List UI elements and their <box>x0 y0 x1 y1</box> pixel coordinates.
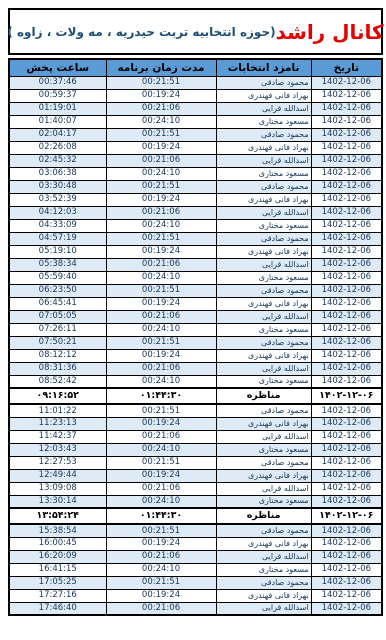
date-cell: 1402-12-06 <box>311 349 382 362</box>
broadcast-time-cell: 06:23:50 <box>9 284 106 297</box>
table-row: 1402-12-06مسعود مختاری00:24:1007:26:11 <box>9 323 382 336</box>
duration-cell: 00:24:10 <box>106 323 216 336</box>
date-cell: 1402-12-06 <box>311 430 382 443</box>
candidate-cell: بهزاد فانی فهندری <box>216 141 311 154</box>
date-cell: 1402-12-06 <box>311 589 382 602</box>
broadcast-time-cell: 04:33:09 <box>9 219 106 232</box>
date-cell: 1402-12-06 <box>311 602 382 615</box>
candidate-cell: بهزاد فانی فهندری <box>216 537 311 550</box>
table-header-row: تاریخ نامزد انتخابات مدت زمان برنامه ساع… <box>9 59 382 76</box>
channel-name: کانال راشد <box>276 20 384 44</box>
broadcast-time-cell: 00:59:37 <box>9 89 106 102</box>
candidate-cell: بهزاد فانی فهندری <box>216 417 311 430</box>
candidate-cell: محمود صادقی <box>216 284 311 297</box>
candidate-cell: مسعود مختاری <box>216 167 311 180</box>
broadcast-time-cell: 15:38:54 <box>9 524 106 537</box>
date-cell: 1402-12-06 <box>311 297 382 310</box>
column-header-candidate: نامزد انتخابات <box>216 59 311 76</box>
page: کانال راشد(حوزه انتخابیه تربت حیدریه ، م… <box>0 0 386 640</box>
date-cell: 1402-12-06 <box>311 323 382 336</box>
broadcast-time-cell: 08:12:12 <box>9 349 106 362</box>
broadcast-time-cell: 12:03:43 <box>9 443 106 456</box>
broadcast-time-cell: 11:01:22 <box>9 404 106 417</box>
date-cell: 1402-12-06 <box>311 245 382 258</box>
table-row: 1402-12-06بهزاد فانی فهندری00:19:2416:00… <box>9 537 382 550</box>
candidate-cell: اسدالله قرایی <box>216 154 311 167</box>
table-row: 1402-12-06محمود صادقی00:21:5106:23:50 <box>9 284 382 297</box>
broadcast-time-cell: 03:52:39 <box>9 193 106 206</box>
candidate-cell: مسعود مختاری <box>216 375 311 388</box>
date-cell: 1402-12-06 <box>311 310 382 323</box>
constituency-subtitle: (حوزه انتخابیه تربت حیدریه ، مه ولات ، ز… <box>7 25 275 39</box>
candidate-cell: مسعود مختاری <box>216 219 311 232</box>
duration-cell: 00:19:24 <box>106 537 216 550</box>
duration-cell: 00:21:06 <box>106 102 216 115</box>
candidate-cell: اسدالله قرایی <box>216 206 311 219</box>
broadcast-time-cell: 12:49:44 <box>9 469 106 482</box>
broadcast-time-cell: 06:45:41 <box>9 297 106 310</box>
candidate-cell: محمود صادقی <box>216 336 311 349</box>
channel-title-box: کانال راشد(حوزه انتخابیه تربت حیدریه ، م… <box>8 8 383 55</box>
broadcast-time-cell: 16:00:45 <box>9 537 106 550</box>
table-row: 1402-12-06اسدالله قرایی00:21:0601:19:01 <box>9 102 382 115</box>
duration-cell: 00:21:06 <box>106 362 216 375</box>
date-cell: 1402-12-06 <box>311 102 382 115</box>
duration-cell: 00:19:24 <box>106 349 216 362</box>
date-cell: 1402-12-06 <box>311 193 382 206</box>
candidate-cell: اسدالله قرایی <box>216 362 311 375</box>
duration-cell: 00:24:10 <box>106 167 216 180</box>
date-cell: 1402-12-06 <box>311 76 382 89</box>
broadcast-time-cell: 07:50:21 <box>9 336 106 349</box>
table-row: 1402-12-06بهزاد فانی فهندری00:19:2411:23… <box>9 417 382 430</box>
table-row: 1402-12-06محمود صادقی00:21:5111:01:22 <box>9 404 382 417</box>
broadcast-time-cell: 07:05:05 <box>9 310 106 323</box>
date-cell: 1402-12-06 <box>311 128 382 141</box>
table-row: 1402-12-06مسعود مختاری00:24:1012:03:43 <box>9 443 382 456</box>
duration-cell: 00:24:10 <box>106 443 216 456</box>
candidate-cell: اسدالله قرایی <box>216 430 311 443</box>
table-row: 1402-12-06محمود صادقی00:21:5104:57:19 <box>9 232 382 245</box>
table-row: 1402-12-06بهزاد فانی فهندری00:19:2408:12… <box>9 349 382 362</box>
date-cell: 1402-12-06 <box>311 141 382 154</box>
duration-cell: 00:21:51 <box>106 284 216 297</box>
duration-cell: 00:24:10 <box>106 495 216 508</box>
date-cell: 1402-12-06 <box>311 375 382 388</box>
date-cell: ۱۴۰۲-۱۲-۰۶ <box>311 508 382 524</box>
date-cell: 1402-12-06 <box>311 482 382 495</box>
candidate-cell: مسعود مختاری <box>216 323 311 336</box>
candidate-cell: بهزاد فانی فهندری <box>216 589 311 602</box>
candidate-cell: بهزاد فانی فهندری <box>216 89 311 102</box>
candidate-cell: مسعود مختاری <box>216 495 311 508</box>
candidate-cell: اسدالله قرایی <box>216 102 311 115</box>
broadcast-time-cell: 05:59:40 <box>9 271 106 284</box>
table-row: 1402-12-06بهزاد فانی فهندری00:19:2412:49… <box>9 469 382 482</box>
broadcast-time-cell: 13:30:14 <box>9 495 106 508</box>
broadcast-time-cell: 17:46:40 <box>9 602 106 615</box>
date-cell: 1402-12-06 <box>311 362 382 375</box>
broadcast-time-cell: 05:38:34 <box>9 258 106 271</box>
duration-cell: 00:21:06 <box>106 430 216 443</box>
candidate-cell: محمود صادقی <box>216 456 311 469</box>
broadcast-time-cell: 08:52:42 <box>9 375 106 388</box>
duration-cell: 00:24:10 <box>106 219 216 232</box>
candidate-cell: مسعود مختاری <box>216 443 311 456</box>
table-row: 1402-12-06اسدالله قرایی00:21:0607:05:05 <box>9 310 382 323</box>
broadcast-time-cell: ۱۳:۵۴:۲۴ <box>9 508 106 524</box>
date-cell: ۱۴۰۲-۱۲-۰۶ <box>311 388 382 404</box>
broadcast-time-cell: 11:23:13 <box>9 417 106 430</box>
date-cell: 1402-12-06 <box>311 537 382 550</box>
candidate-cell: بهزاد فانی فهندری <box>216 469 311 482</box>
date-cell: 1402-12-06 <box>311 232 382 245</box>
broadcast-time-cell: 07:26:11 <box>9 323 106 336</box>
broadcast-time-cell: 02:04:17 <box>9 128 106 141</box>
date-cell: 1402-12-06 <box>311 89 382 102</box>
duration-cell: 00:21:51 <box>106 180 216 193</box>
candidate-cell: مسعود مختاری <box>216 563 311 576</box>
date-cell: 1402-12-06 <box>311 206 382 219</box>
broadcast-time-cell: 02:26:08 <box>9 141 106 154</box>
duration-cell: 00:21:06 <box>106 258 216 271</box>
candidate-cell: محمود صادقی <box>216 576 311 589</box>
candidate-cell: بهزاد فانی فهندری <box>216 349 311 362</box>
table-row: 1402-12-06بهزاد فانی فهندری00:19:2405:19… <box>9 245 382 258</box>
broadcast-time-cell: 04:57:19 <box>9 232 106 245</box>
candidate-cell: بهزاد فانی فهندری <box>216 297 311 310</box>
date-cell: 1402-12-06 <box>311 550 382 563</box>
table-row: 1402-12-06اسدالله قرایی00:21:0611:42:37 <box>9 430 382 443</box>
broadcast-time-cell: 05:19:10 <box>9 245 106 258</box>
broadcast-time-cell: 17:05:25 <box>9 576 106 589</box>
duration-cell: 00:21:06 <box>106 310 216 323</box>
duration-cell: 00:21:51 <box>106 524 216 537</box>
broadcast-time-cell: 01:40:07 <box>9 115 106 128</box>
column-header-date: تاریخ <box>311 59 382 76</box>
broadcast-time-cell: 17:27:16 <box>9 589 106 602</box>
date-cell: 1402-12-06 <box>311 563 382 576</box>
date-cell: 1402-12-06 <box>311 219 382 232</box>
broadcast-time-cell: 01:19:01 <box>9 102 106 115</box>
date-cell: 1402-12-06 <box>311 524 382 537</box>
date-cell: 1402-12-06 <box>311 284 382 297</box>
duration-cell: 00:21:06 <box>106 154 216 167</box>
date-cell: 1402-12-06 <box>311 271 382 284</box>
duration-cell: 00:21:51 <box>106 456 216 469</box>
duration-cell: 00:21:51 <box>106 76 216 89</box>
table-row: 1402-12-06مسعود مختاری00:24:1001:40:07 <box>9 115 382 128</box>
broadcast-time-cell: 03:06:38 <box>9 167 106 180</box>
candidate-cell: محمود صادقی <box>216 180 311 193</box>
date-cell: 1402-12-06 <box>311 180 382 193</box>
column-header-duration: مدت زمان برنامه <box>106 59 216 76</box>
table-row: 1402-12-06اسدالله قرایی00:21:0616:20:09 <box>9 550 382 563</box>
duration-cell: 00:19:24 <box>106 297 216 310</box>
duration-cell: ۰۱:۴۴:۳۰ <box>106 388 216 404</box>
date-cell: 1402-12-06 <box>311 115 382 128</box>
duration-cell: 00:21:51 <box>106 232 216 245</box>
broadcast-schedule-table: تاریخ نامزد انتخابات مدت زمان برنامه ساع… <box>8 58 383 616</box>
broadcast-time-cell: 08:31:36 <box>9 362 106 375</box>
duration-cell: 00:21:06 <box>106 602 216 615</box>
table-row: 1402-12-06اسدالله قرایی00:21:0608:31:36 <box>9 362 382 375</box>
table-row: 1402-12-06بهزاد فانی فهندری00:19:2406:45… <box>9 297 382 310</box>
broadcast-time-cell: 12:27:53 <box>9 456 106 469</box>
duration-cell: 00:24:10 <box>106 375 216 388</box>
candidate-cell: اسدالله قرایی <box>216 310 311 323</box>
table-row: 1402-12-06محمود صادقی00:21:5115:38:54 <box>9 524 382 537</box>
debate-row: ۱۴۰۲-۱۲-۰۶مناظره۰۱:۴۴:۳۰۰۹:۱۶:۵۲ <box>9 388 382 404</box>
broadcast-time-cell: 04:12:03 <box>9 206 106 219</box>
duration-cell: 00:21:51 <box>106 336 216 349</box>
duration-cell: 00:19:24 <box>106 469 216 482</box>
candidate-cell: اسدالله قرایی <box>216 258 311 271</box>
date-cell: 1402-12-06 <box>311 456 382 469</box>
duration-cell: 00:19:24 <box>106 589 216 602</box>
candidate-cell: اسدالله قرایی <box>216 602 311 615</box>
date-cell: 1402-12-06 <box>311 258 382 271</box>
table-row: 1402-12-06محمود صادقی00:21:5112:27:53 <box>9 456 382 469</box>
date-cell: 1402-12-06 <box>311 336 382 349</box>
candidate-cell: مناظره <box>216 388 311 404</box>
candidate-cell: مسعود مختاری <box>216 115 311 128</box>
table-row: 1402-12-06بهزاد فانی فهندری00:19:2417:27… <box>9 589 382 602</box>
duration-cell: 00:21:06 <box>106 550 216 563</box>
table-row: 1402-12-06اسدالله قرایی00:21:0613:09:08 <box>9 482 382 495</box>
duration-cell: 00:21:06 <box>106 482 216 495</box>
broadcast-time-cell: 02:45:32 <box>9 154 106 167</box>
duration-cell: 00:21:51 <box>106 128 216 141</box>
date-cell: 1402-12-06 <box>311 576 382 589</box>
table-row: 1402-12-06بهزاد فانی فهندری00:19:2400:59… <box>9 89 382 102</box>
candidate-cell: محمود صادقی <box>216 232 311 245</box>
duration-cell: 00:19:24 <box>106 89 216 102</box>
date-cell: 1402-12-06 <box>311 417 382 430</box>
table-row: 1402-12-06اسدالله قرایی00:21:0604:12:03 <box>9 206 382 219</box>
schedule-table-body: 1402-12-06محمود صادقی00:21:5100:37:46140… <box>9 76 382 615</box>
table-row: 1402-12-06محمود صادقی00:21:5107:50:21 <box>9 336 382 349</box>
table-row: 1402-12-06اسدالله قرایی00:21:0602:45:32 <box>9 154 382 167</box>
date-cell: 1402-12-06 <box>311 404 382 417</box>
candidate-cell: محمود صادقی <box>216 128 311 141</box>
candidate-cell: محمود صادقی <box>216 524 311 537</box>
table-row: 1402-12-06مسعود مختاری00:24:1003:06:38 <box>9 167 382 180</box>
debate-row: ۱۴۰۲-۱۲-۰۶مناظره۰۱:۴۴:۳۰۱۳:۵۴:۲۴ <box>9 508 382 524</box>
duration-cell: 00:24:10 <box>106 115 216 128</box>
broadcast-time-cell: 16:41:15 <box>9 563 106 576</box>
duration-cell: 00:24:10 <box>106 271 216 284</box>
table-row: 1402-12-06مسعود مختاری00:24:1004:33:09 <box>9 219 382 232</box>
table-row: 1402-12-06مسعود مختاری00:24:1016:41:15 <box>9 563 382 576</box>
candidate-cell: مناظره <box>216 508 311 524</box>
broadcast-time-cell: 03:30:48 <box>9 180 106 193</box>
candidate-cell: محمود صادقی <box>216 76 311 89</box>
broadcast-time-cell: 11:42:37 <box>9 430 106 443</box>
table-row: 1402-12-06بهزاد فانی فهندری00:19:2403:52… <box>9 193 382 206</box>
broadcast-time-cell: 13:09:08 <box>9 482 106 495</box>
candidate-cell: بهزاد فانی فهندری <box>216 245 311 258</box>
table-row: 1402-12-06محمود صادقی00:21:5103:30:48 <box>9 180 382 193</box>
date-cell: 1402-12-06 <box>311 167 382 180</box>
duration-cell: 00:19:24 <box>106 193 216 206</box>
table-row: 1402-12-06محمود صادقی00:21:5100:37:46 <box>9 76 382 89</box>
duration-cell: 00:21:06 <box>106 206 216 219</box>
duration-cell: 00:19:24 <box>106 141 216 154</box>
duration-cell: 00:19:24 <box>106 245 216 258</box>
candidate-cell: محمود صادقی <box>216 404 311 417</box>
column-header-broadcast-time: ساعت پخش <box>9 59 106 76</box>
table-row: 1402-12-06اسدالله قرایی00:21:0605:38:34 <box>9 258 382 271</box>
duration-cell: 00:19:24 <box>106 417 216 430</box>
duration-cell: 00:21:51 <box>106 404 216 417</box>
candidate-cell: اسدالله قرایی <box>216 550 311 563</box>
table-row: 1402-12-06مسعود مختاری00:24:1005:59:40 <box>9 271 382 284</box>
date-cell: 1402-12-06 <box>311 154 382 167</box>
candidate-cell: اسدالله قرایی <box>216 482 311 495</box>
table-row: 1402-12-06مسعود مختاری00:24:1008:52:42 <box>9 375 382 388</box>
duration-cell: ۰۱:۴۴:۳۰ <box>106 508 216 524</box>
broadcast-time-cell: 16:20:09 <box>9 550 106 563</box>
duration-cell: 00:21:51 <box>106 576 216 589</box>
duration-cell: 00:24:10 <box>106 563 216 576</box>
broadcast-time-cell: ۰۹:۱۶:۵۲ <box>9 388 106 404</box>
table-row: 1402-12-06مسعود مختاری00:24:1013:30:14 <box>9 495 382 508</box>
date-cell: 1402-12-06 <box>311 443 382 456</box>
date-cell: 1402-12-06 <box>311 495 382 508</box>
table-row: 1402-12-06محمود صادقی00:21:5102:04:17 <box>9 128 382 141</box>
schedule-sheet: کانال راشد(حوزه انتخابیه تربت حیدریه ، م… <box>8 8 383 616</box>
candidate-cell: بهزاد فانی فهندری <box>216 193 311 206</box>
table-row: 1402-12-06اسدالله قرایی00:21:0617:46:40 <box>9 602 382 615</box>
table-row: 1402-12-06محمود صادقی00:21:5117:05:25 <box>9 576 382 589</box>
date-cell: 1402-12-06 <box>311 469 382 482</box>
broadcast-time-cell: 00:37:46 <box>9 76 106 89</box>
candidate-cell: مسعود مختاری <box>216 271 311 284</box>
table-row: 1402-12-06بهزاد فانی فهندری00:19:2402:26… <box>9 141 382 154</box>
